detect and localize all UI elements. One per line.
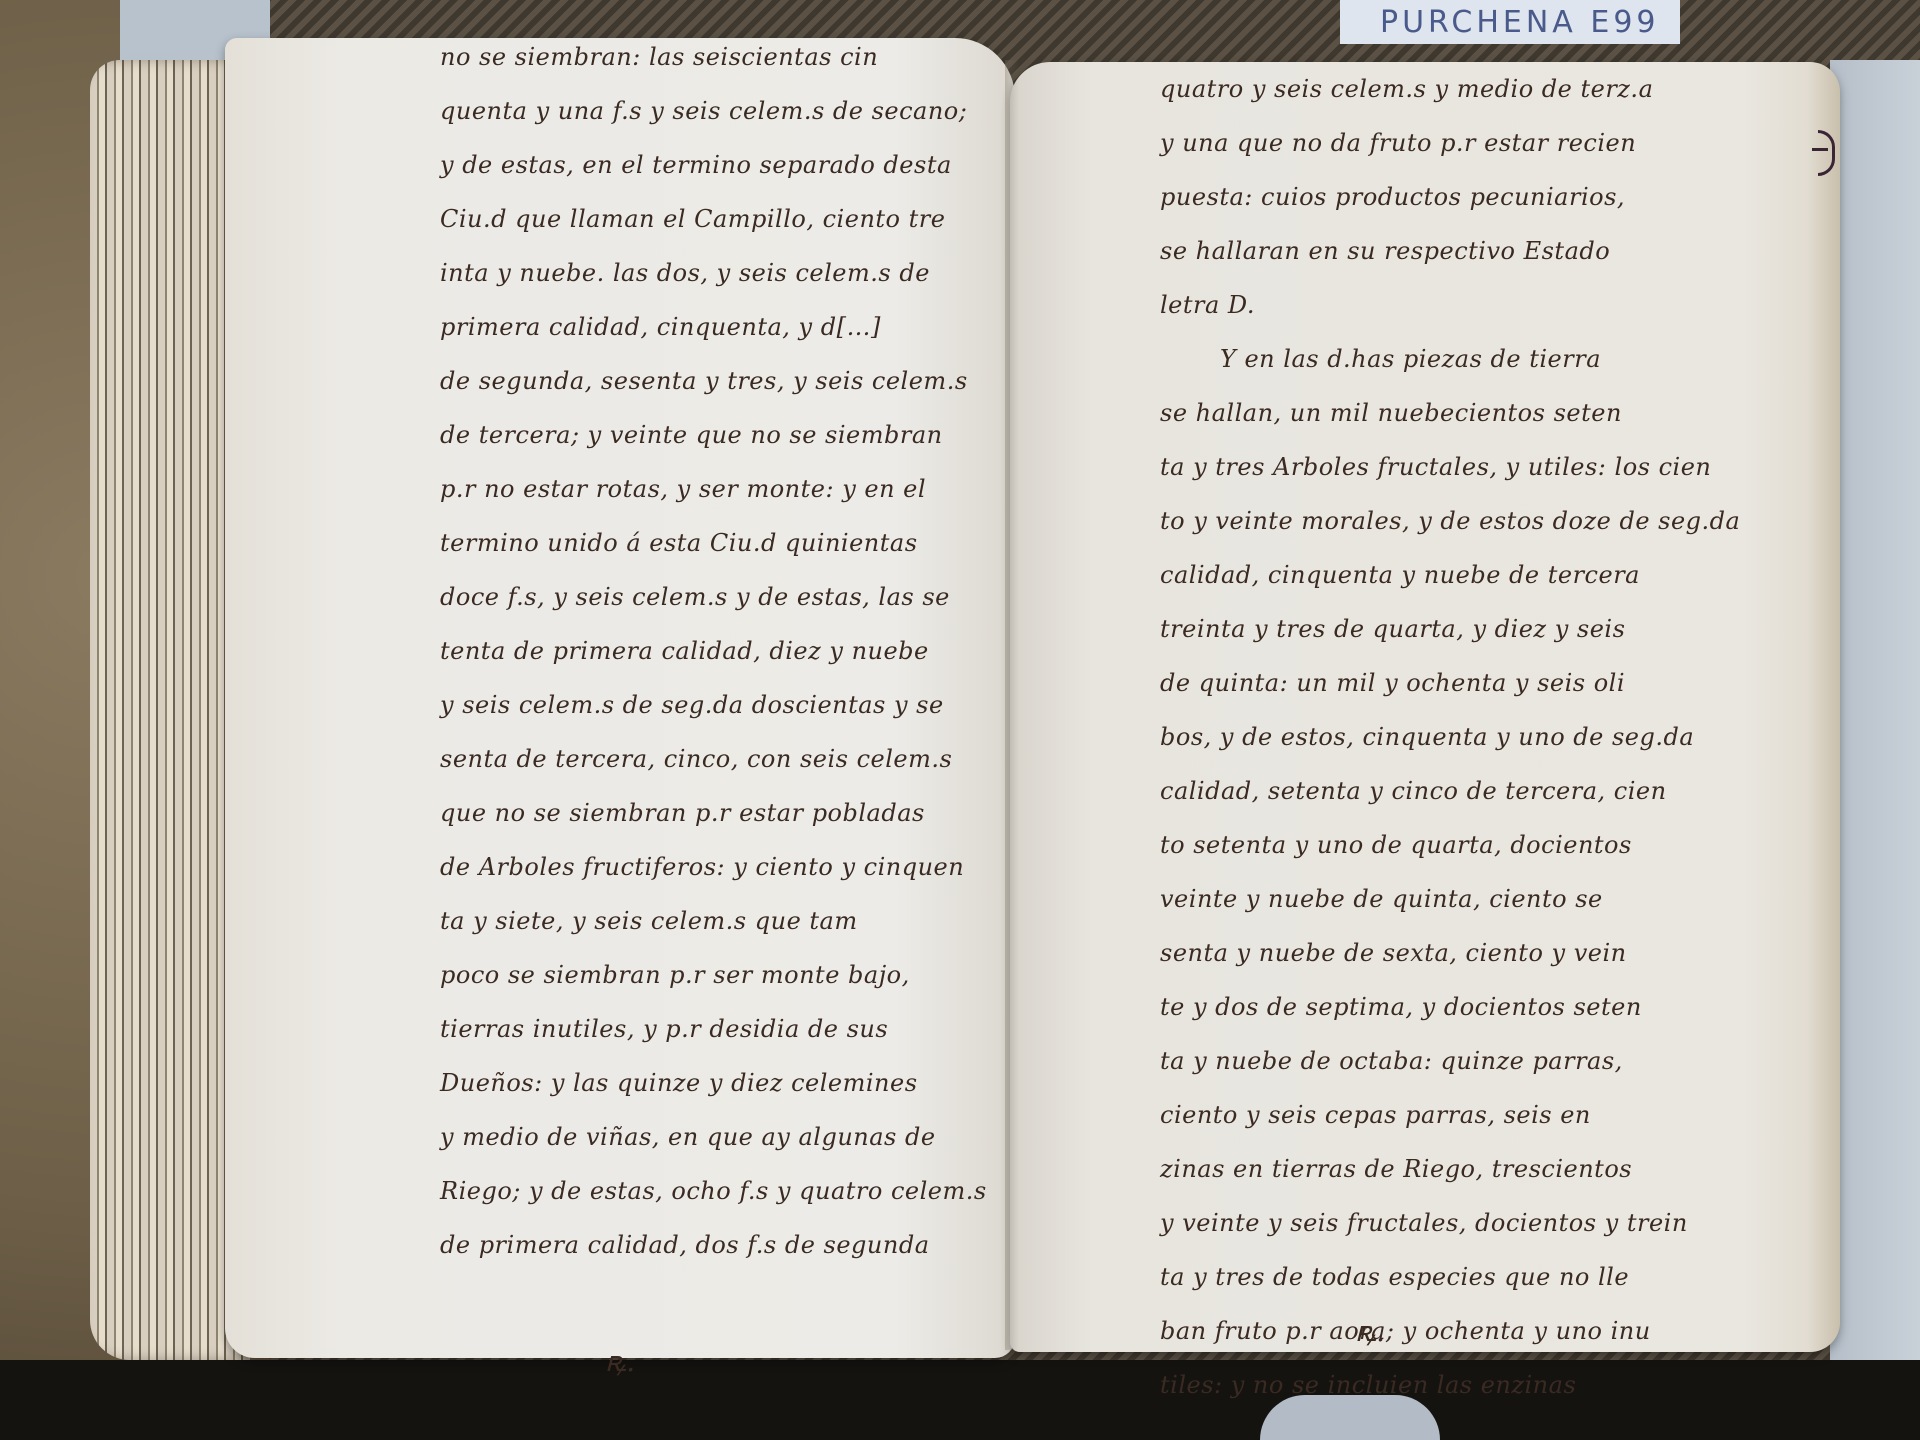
manuscript-line: ta y tres de todas especies que no lle [1160,1250,1660,1304]
manuscript-line: y veinte y seis fructales, docientos y t… [1160,1196,1660,1250]
right-page-text: quatro y seis celem.s y medio de terz.a … [1160,62,1660,1412]
manuscript-line: treinta y tres de quarta, y diez y seis [1160,602,1660,656]
manuscript-line: doce f.s, y seis celem.s y de estas, las… [440,570,960,624]
manuscript-line: de segunda, sesenta y tres, y seis celem… [440,354,960,408]
manuscript-line: to setenta y uno de quarta, docientos [1160,818,1660,872]
manuscript-line: no se siembran: las seiscientas cin [440,30,960,84]
rubric-flourish: ꝶ. [1355,1312,1385,1350]
manuscript-line: se hallaran en su respectivo Estado [1160,224,1660,278]
manuscript-line: y medio de viñas, en que ay algunas de [440,1110,960,1164]
manuscript-line: y una que no da fruto p.r estar recien [1160,116,1660,170]
manuscript-line: que no se siembran p.r estar pobladas [440,786,960,840]
manuscript-line: termino unido á esta Ciu.d quinientas [440,516,960,570]
manuscript-line: puesta: cuios productos pecuniarios, [1160,170,1660,224]
manuscript-line: Y en las d.has piezas de tierra [1160,332,1660,386]
manuscript-line: de quinta: un mil y ochenta y seis oli [1160,656,1660,710]
manuscript-line: quenta y una f.s y seis celem.s de secan… [440,84,960,138]
manuscript-line: ciento y seis cepas parras, seis en [1160,1088,1660,1142]
manuscript-line: y de estas, en el termino separado desta [440,138,960,192]
manuscript-line: calidad, setenta y cinco de tercera, cie… [1160,764,1660,818]
manuscript-line: quatro y seis celem.s y medio de terz.a [1160,62,1660,116]
archive-label-text: PURCHENA E99 [1380,5,1660,40]
archive-label-card: PURCHENA E99 [1340,0,1680,44]
manuscript-line: tenta de primera calidad, diez y nuebe [440,624,960,678]
left-page-text: no se siembran: las seiscientas cin quen… [440,30,960,1272]
manuscript-line: ta y siete, y seis celem.s que tam [440,894,960,948]
manuscript-line: poco se siembran p.r ser monte bajo, [440,948,960,1002]
manuscript-line: veinte y nuebe de quinta, ciento se [1160,872,1660,926]
manuscript-line: Dueños: y las quinze y diez celemines [440,1056,960,1110]
rubric-flourish: ꝶ. [605,1342,635,1380]
manuscript-line: senta de tercera, cinco, con seis celem.… [440,732,960,786]
manuscript-line: Riego; y de estas, ocho f.s y quatro cel… [440,1164,960,1218]
manuscript-line: de Arboles fructiferos: y ciento y cinqu… [440,840,960,894]
manuscript-line: de tercera; y veinte que no se siembran [440,408,960,462]
manuscript-line: y seis celem.s de seg.da doscientas y se [440,678,960,732]
book-gutter [1005,60,1019,1350]
manuscript-line: de primera calidad, dos f.s de segunda [440,1218,960,1272]
manuscript-line: to y veinte morales, y de estos doze de … [1160,494,1660,548]
manuscript-line: calidad, cinquenta y nuebe de tercera [1160,548,1660,602]
background-right [1830,60,1920,1360]
manuscript-line: senta y nuebe de sexta, ciento y vein [1160,926,1660,980]
manuscript-line: bos, y de estos, cinquenta y uno de seg.… [1160,710,1660,764]
manuscript-line: letra D. [1160,278,1660,332]
manuscript-line: ta y tres Arboles fructales, y utiles: l… [1160,440,1660,494]
manuscript-line: ta y nuebe de octaba: quinze parras, [1160,1034,1660,1088]
manuscript-line: se hallan, un mil nuebecientos seten [1160,386,1660,440]
manuscript-line: primera calidad, cinquenta, y d[…] [440,300,960,354]
manuscript-line: inta y nuebe. las dos, y seis celem.s de [440,246,960,300]
manuscript-line: ban fruto p.r aora; y ochenta y uno inu [1160,1304,1660,1358]
manuscript-line: p.r no estar rotas, y ser monte: y en el [440,462,960,516]
manuscript-line: tierras inutiles, y p.r desidia de sus [440,1002,960,1056]
manuscript-line: te y dos de septima, y docientos seten [1160,980,1660,1034]
manuscript-line: zinas en tierras de Riego, trescientos [1160,1142,1660,1196]
manuscript-line: Ciu.d que llaman el Campillo, ciento tre [440,192,960,246]
manuscript-line: tiles: y no se incluien las enzinas [1160,1358,1660,1412]
